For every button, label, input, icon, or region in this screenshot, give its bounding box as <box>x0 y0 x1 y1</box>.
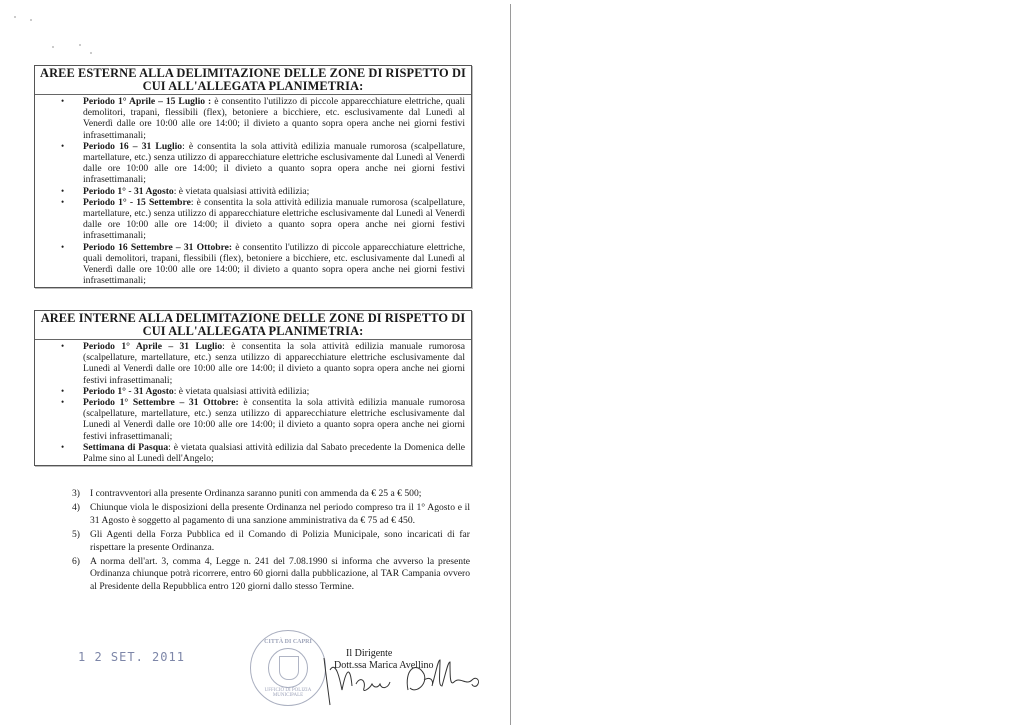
period-text: : è vietata qualsiasi attività edilizia; <box>174 386 310 397</box>
scan-specks <box>0 0 120 60</box>
list-item: •Periodo 1° - 31 Agosto: è vietata quals… <box>57 386 465 397</box>
bullet-icon: • <box>61 186 64 197</box>
bullet-icon: • <box>61 141 64 152</box>
bullet-icon: • <box>61 397 64 408</box>
list-item: •Settimana di Pasqua: è vietata qualsias… <box>57 442 465 464</box>
provision-item: 4)Chiunque viola le disposizioni della p… <box>72 502 470 527</box>
bullet-icon: • <box>61 242 64 253</box>
seal-bottom-text: UFFICIO DI POLIZIA MUNICIPALE <box>251 688 325 698</box>
provision-number: 5) <box>72 529 80 541</box>
bullet-icon: • <box>61 386 64 397</box>
period-label: Periodo 1° Aprile – 15 Luglio : <box>83 96 211 107</box>
bullet-icon: • <box>61 96 64 107</box>
external-areas-box: AREE ESTERNE ALLA DELIMITAZIONE DELLE ZO… <box>34 65 472 288</box>
period-label: Periodo 1° - 31 Agosto <box>83 386 174 397</box>
provision-text: A norma dell'art. 3, comma 4, Legge n. 2… <box>90 556 470 592</box>
list-item: •Periodo 16 – 31 Luglio: è consentita la… <box>57 141 465 186</box>
list-item: •Periodo 1° - 15 Settembre: è consentita… <box>57 197 465 242</box>
list-item: •Periodo 1° - 31 Agosto: è vietata quals… <box>57 186 465 197</box>
provision-text: I contravventori alla presente Ordinanza… <box>90 488 421 499</box>
provision-item: 5)Gli Agenti della Forza Pubblica ed il … <box>72 529 470 554</box>
bullet-icon: • <box>61 442 64 453</box>
period-label: Periodo 1° Aprile – 31 Luglio <box>83 341 222 352</box>
crest-icon <box>279 656 299 680</box>
bullet-icon: • <box>61 341 64 352</box>
external-areas-list: •Periodo 1° Aprile – 15 Luglio : è conse… <box>35 95 471 287</box>
list-item: •Periodo 1° Settembre – 31 Ottobre: è co… <box>57 397 465 442</box>
list-item: •Periodo 1° Aprile – 15 Luglio : è conse… <box>57 96 465 141</box>
period-label: Periodo 1° Settembre – 31 Ottobre: <box>83 397 239 408</box>
provision-item: 3)I contravventori alla presente Ordinan… <box>72 488 470 500</box>
period-label: Periodo 1° - 31 Agosto <box>83 186 174 197</box>
seal-top-text: CITTÀ DI CAPRI <box>251 639 325 645</box>
provision-number: 3) <box>72 488 80 500</box>
provision-number: 4) <box>72 502 80 514</box>
internal-areas-list: •Periodo 1° Aprile – 31 Luglio: è consen… <box>35 340 471 465</box>
internal-areas-box: AREE INTERNE ALLA DELIMITAZIONE DELLE ZO… <box>34 310 472 466</box>
provision-item: 6)A norma dell'art. 3, comma 4, Legge n.… <box>72 556 470 593</box>
period-label: Settimana di Pasqua <box>83 442 168 453</box>
provision-number: 6) <box>72 556 80 568</box>
list-item: •Periodo 1° Aprile – 31 Luglio: è consen… <box>57 341 465 386</box>
period-label: Periodo 16 Settembre – 31 Ottobre: <box>83 242 232 253</box>
date-stamp: 1 2 SET. 2011 <box>78 650 185 664</box>
period-label: Periodo 16 – 31 Luglio <box>83 141 182 152</box>
provision-text: Chiunque viola le disposizioni della pre… <box>90 502 470 525</box>
bullet-icon: • <box>61 197 64 208</box>
list-item: •Periodo 16 Settembre – 31 Ottobre: è co… <box>57 242 465 287</box>
internal-areas-title: AREE INTERNE ALLA DELIMITAZIONE DELLE ZO… <box>35 311 471 340</box>
period-text: : è vietata qualsiasi attività edilizia; <box>174 186 310 197</box>
period-label: Periodo 1° - 15 Settembre <box>83 197 191 208</box>
official-seal-icon: CITTÀ DI CAPRI UFFICIO DI POLIZIA MUNICI… <box>250 630 326 706</box>
provision-text: Gli Agenti della Forza Pubblica ed il Co… <box>90 529 470 552</box>
page-divider <box>510 4 511 725</box>
handwritten-signature-icon <box>316 650 496 710</box>
external-areas-title: AREE ESTERNE ALLA DELIMITAZIONE DELLE ZO… <box>35 66 471 95</box>
numbered-provisions: 3)I contravventori alla presente Ordinan… <box>72 488 470 595</box>
